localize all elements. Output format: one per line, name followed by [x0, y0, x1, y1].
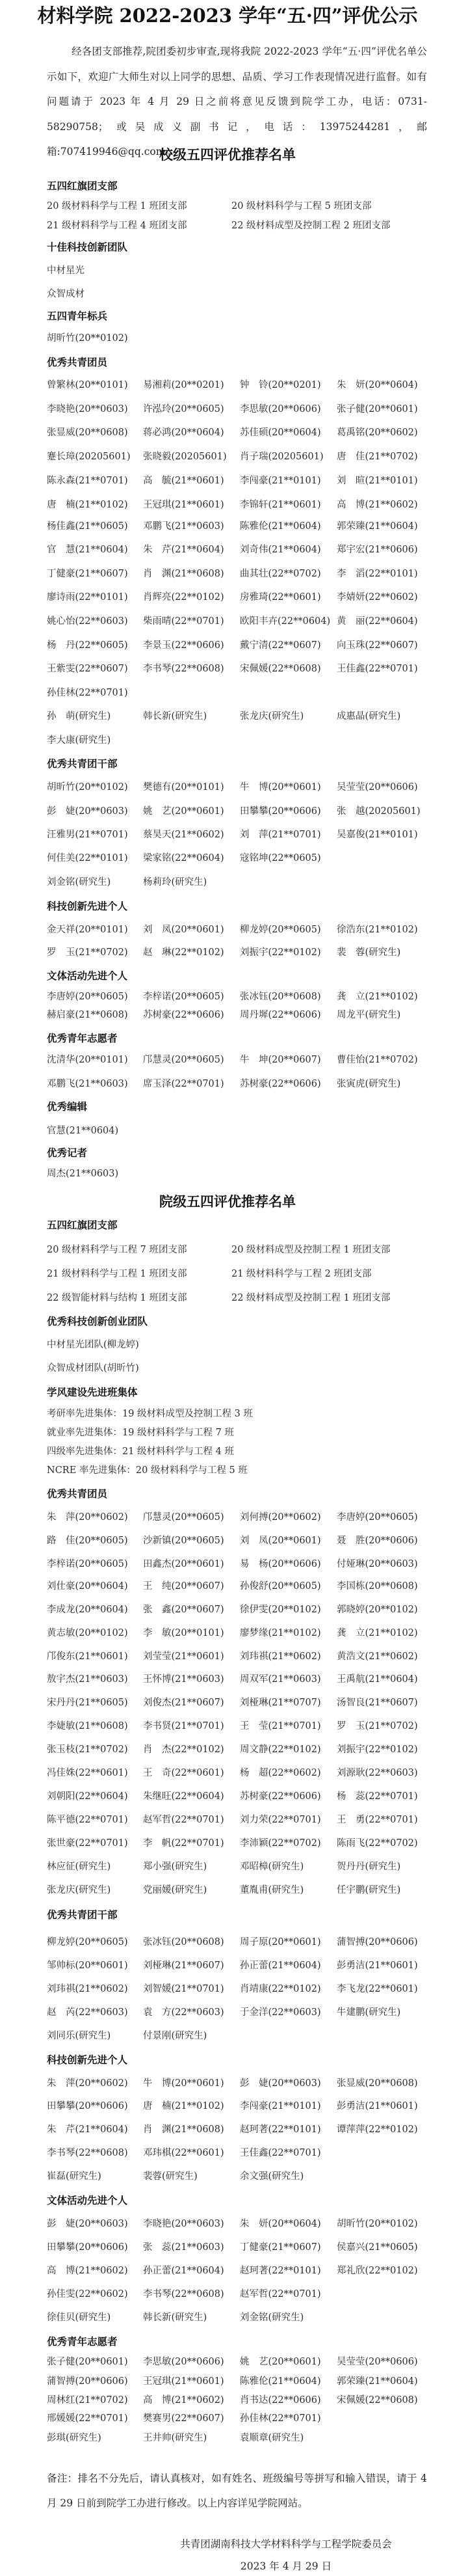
table-row: 罗 玉(21**0702)赵 琳(22**0102)刘振宇(22**0102)裴… [47, 945, 437, 959]
name-cell: 刘 萍(21**0701) [240, 827, 321, 841]
table-row: 蒲智搏(20**0606)王冠琪(21**0601)陈雅伦(21**0604)郭… [47, 2374, 437, 2388]
name-cell: 赵珂著(22**0101) [240, 2122, 321, 2135]
section-title: 优秀共青团干部 [47, 756, 118, 770]
name-cell: 刘玮祺(21**0602) [47, 1981, 128, 1995]
name-cell: 牛 博(20**0601) [240, 780, 321, 793]
name-cell: 宋佩媛(22**0608) [240, 661, 321, 675]
name-cell: 丁健豪(21**0607) [240, 2240, 321, 2253]
name-cell: 许泓玲(20**0605) [143, 401, 224, 415]
name-cell: 肖 杰(22**0102) [143, 1742, 224, 1756]
name-cell: 赵 芮(22**0603) [47, 2005, 128, 2018]
name-cell: 郑宇宏(21**0606) [337, 542, 418, 556]
table-row: 李梓诺(20**0605)田鑫杰(20**0601)易 杨(20**0606)付… [47, 1556, 437, 1571]
name-cell: 丁健豪(21**0607) [47, 566, 128, 580]
table-row: 李成龙(20**0604)张 鑫(20**0607)徐伊雯(20**0102)郭… [47, 1602, 437, 1616]
name-cell: 彭勇洁(21**0601) [337, 1958, 418, 1972]
name-cell: 崔磊(研究生) [47, 2169, 101, 2182]
table-row: 孙佳雯(22**0602)李书琴(22**0608)赵军哲(22**0701) [47, 2286, 437, 2301]
name-cell: 邝慧灵(20**0605) [143, 1510, 224, 1523]
name-cell: 罗 玉(21**0702) [47, 945, 128, 958]
name-cell: 王 奇(22**0601) [143, 1765, 224, 1779]
name-cell: 王井帅(研究生) [143, 2430, 207, 2444]
name-cell: 于金洋(22**0603) [240, 2005, 321, 2018]
table-row: 王紫雯(22**0607)李书琴(22**0608)宋佩媛(22**0608)王… [47, 661, 437, 675]
name-cell: 周文静(22**0102) [240, 1742, 321, 1756]
list-item: 就业率先进集体：19 级材料科学与工程 7 班 [47, 1425, 234, 1439]
section-title: 优秀共青团员 [47, 355, 107, 369]
table-row: 林应征(研究生)郑小强(研究生)邓昭樟(研究生)贺丹丹(研究生) [47, 1859, 437, 1873]
name-cell: 彭 婕(20**0603) [47, 2216, 128, 2230]
name-cell: 彭 婕(20**0603) [240, 2076, 321, 2089]
table-row: 刘金铭(研究生)杨莉玲(研究生) [47, 874, 437, 889]
name-cell: 谭萍萍(22**0102) [337, 2122, 418, 2135]
name-cell: 宋丹丹(21**0605) [47, 1695, 128, 1709]
name-cell: 张显威(20**0608) [337, 2076, 418, 2089]
name-cell: 孙佳雯(22**0602) [47, 2286, 128, 2300]
name-cell: 张玉枝(21**0702) [47, 1742, 128, 1756]
branch-cell: 22 级智能材料与结构 1 班团支部 [47, 1290, 187, 1304]
table-row: 刘玮祺(21**0602)刘智媛(21**0701)肖靖康(22**0102)李… [47, 1981, 437, 1996]
name-cell: 张冰钰(20**0608) [143, 1934, 224, 1948]
name-cell: 彭 婕(20**0603) [47, 804, 128, 817]
table-row: 周林红(21**0702)高 博(21**0602)肖书达(22**0606)宋… [47, 2393, 437, 2407]
table-row: 朱 芹(21**0604)肖 渊(21**0608)赵珂著(22**0101)谭… [47, 2122, 437, 2136]
name-cell: 邓玮棋(22**0601) [143, 2145, 224, 2159]
name-cell: 周子原(20**0601) [240, 1934, 321, 1948]
table-row: 徐佳贝(研究生)韩长新(研究生)刘金铭(研究生) [47, 2310, 437, 2324]
name-cell: 田鑫杰(20**0601) [143, 1556, 224, 1570]
name-cell: 吴莹莹(20**0606) [337, 2354, 418, 2368]
name-cell: 彭勇洁(21**0601) [337, 2098, 418, 2112]
section-title: 优秀共青团员 [47, 1486, 107, 1500]
list-item: 众智成材团队(胡昕竹) [47, 1361, 139, 1374]
name-cell: 刘玮祺(21**0602) [240, 1649, 321, 1662]
name-cell: 李 敏(20**0101) [143, 1625, 224, 1639]
name-cell: 张晓毅(20205601) [143, 449, 227, 463]
name-cell: 蔡昊天(21**0602) [143, 827, 224, 841]
table-row: 邓鹏飞(21**0603)席玉泽(22**0701)苏树豪(22**0606)张… [47, 1076, 437, 1091]
name-cell: 郭晓婷(20**0102) [337, 1602, 418, 1616]
name-cell: 敖宇杰(21**0603) [47, 1672, 128, 1685]
name-cell: 陈雨飞(22**0702) [337, 1836, 418, 1849]
name-cell: 罗 玉(21**0702) [337, 1718, 418, 1732]
branch-cell: 21 级材料科学与工程 4 班团支部 [47, 218, 187, 232]
table-row: 20 级材料科学与工程 7 班团支部20 级材料成型及控制工程 1 班团支部 [47, 1242, 437, 1256]
name-cell: 黄志敏(20**0102) [47, 1625, 128, 1639]
name-cell: 何佳美(22**0101) [47, 850, 128, 864]
name-cell: 杨 丹(22**0605) [47, 638, 128, 651]
name-cell: 孙 萌(研究生) [47, 709, 110, 722]
section-title: 优秀青年志愿者 [47, 2334, 118, 2348]
name-cell: 朱继旺(22**0604) [143, 1789, 224, 1802]
name-cell: 廖梦缘(21**0102) [240, 1625, 321, 1639]
name-cell: 高 博(21**0602) [47, 2263, 128, 2277]
name-cell: 贺丹丹(研究生) [337, 1859, 400, 1873]
table-row: 赫启豪(21**0608)苏树豪(22**0606)周丹墀(22**0606)周… [47, 1007, 437, 1022]
name-cell: 郭荣臻(21**0604) [337, 2374, 418, 2387]
name-cell: 董胤甫(研究生) [240, 1882, 304, 1896]
name-cell: 蒲智搏(20**0606) [337, 1934, 418, 1948]
name-cell: 李书琴(22**0608) [143, 2286, 224, 2300]
section-title: 优秀编辑 [47, 1099, 87, 1113]
table-row: 陈永森(21**0701)高 毓(21**0601)李闯豪(21**0101)刘… [47, 473, 437, 487]
name-cell: 郑小强(研究生) [143, 1859, 207, 1873]
name-cell: 聂 胜(20**0606) [337, 1533, 418, 1547]
table-row: 朱 萍(20**0602)牛 博(20**0601)彭 婕(20**0603)张… [47, 2076, 437, 2090]
name-cell: 王紫雯(22**0607) [47, 661, 128, 675]
table-row: 姚心怡(22**0603)柴雨晴(22**0701)欧阳丰卉(22**0604)… [47, 614, 437, 628]
name-cell: 向玉珠(22**0607) [337, 638, 418, 651]
name-cell: 邝俊东(21**0601) [47, 1649, 128, 1662]
list-item: 中材星光团队(柳龙婷) [47, 1337, 139, 1351]
section-title: 十佳科技创新团队 [47, 239, 127, 254]
name-cell: 姚 艺(20**0601) [240, 2354, 321, 2368]
table-row: 邹帅标(20**0601)刘桠琳(21**0607)孙正蕾(21**0604)彭… [47, 1958, 437, 1972]
table-row: 黄志敏(20**0102)李 敏(20**0101)廖梦缘(21**0102)龚… [47, 1625, 437, 1640]
name-cell: 袁 方(22**0603) [143, 2005, 224, 2018]
table-row: 敖宇杰(21**0603)王怀博(21**0603)周双军(21**0603)王… [47, 1672, 437, 1686]
name-cell: 邓鹏飞(21**0603) [47, 1076, 128, 1090]
college-list-heading: 院级五四评优推荐名单 [0, 1191, 455, 1211]
name-cell: 朱 芹(21**0604) [143, 542, 224, 556]
name-cell: 高 博(21**0602) [143, 2393, 224, 2406]
name-cell: 沈清华(20**0101) [47, 1052, 128, 1066]
table-row: 官 慧(21**0604)朱 芹(21**0604)刘奇伟(21**0604)郑… [47, 542, 437, 556]
name-cell: 樊赛男(22**0607) [143, 2411, 224, 2424]
name-cell: 官 慧(21**0604) [47, 542, 128, 556]
name-cell: 周龙平(研究生) [337, 1007, 400, 1021]
name-cell: 曾繁林(20**0101) [47, 377, 128, 391]
section-title: 优秀青年志愿者 [47, 1031, 118, 1045]
name-cell: 易 杨(20**0606) [240, 1556, 321, 1570]
name-cell: 李书琴(22**0608) [47, 2145, 128, 2159]
name-cell: 陈永森(21**0701) [47, 473, 128, 487]
name-cell: 张冰钰(20**0608) [240, 989, 321, 1003]
name-cell: 赵军哲(22**0701) [143, 1812, 224, 1826]
name-cell: 刘力荣(22**0701) [240, 1812, 321, 1826]
name-cell: 裴 蓉(研究生) [337, 945, 400, 958]
name-cell: 周丹墀(22**0606) [240, 1007, 321, 1021]
name-cell: 唐 楠(21**0102) [47, 497, 128, 511]
name-cell: 李思敏(20**0606) [143, 2354, 224, 2368]
table-row: 孙佳林(22**0701) [47, 685, 437, 699]
name-cell: 王 莹(21**0701) [240, 1718, 321, 1732]
name-cell: 刘智媛(21**0701) [143, 1981, 224, 1995]
section-title: 优秀共青团干部 [47, 1907, 118, 1921]
name-cell: 裴蓉(研究生) [143, 2169, 198, 2182]
name-cell: 肖 渊(21**0608) [143, 2122, 224, 2135]
name-cell: 李唐婷(20**0605) [47, 989, 128, 1003]
name-cell: 杨 超(22**0602) [240, 1765, 321, 1779]
name-cell: 张寅虎(研究生) [337, 1076, 400, 1090]
name-cell: 刘朝阳(22**0604) [47, 1789, 128, 1802]
table-row: 刘仕豪(20**0604)王 纯(20**0607)孙俊舒(20**0605)李… [47, 1579, 437, 1593]
branch-cell: 22 级材料成型及控制工程 1 班团支部 [231, 1290, 391, 1304]
list-item: 四级率先进集体：21 级材料科学与工程 4 班 [47, 1444, 234, 1457]
name-cell: 王佳鑫(22**0701) [240, 2145, 321, 2159]
name-cell: 张子健(20**0601) [337, 401, 418, 415]
name-cell: 王冠琪(21**0601) [143, 497, 224, 511]
name-cell: 张显威(20**0608) [47, 425, 128, 439]
intro-text: 经各团支部推荐,院团委初步审查,现将我院 2022-2023 学年“五·四”评优… [47, 46, 427, 157]
name-cell: 徐佳贝(研究生) [47, 2310, 110, 2324]
name-cell: 田攀攀(20**0606) [47, 2098, 128, 2112]
name-cell: 刘振宇(22**0102) [240, 945, 321, 958]
name-cell: 苏佳硕(20**0604) [240, 425, 321, 439]
name-cell: 李思敏(20**0606) [240, 401, 321, 415]
name-cell: 姚心怡(22**0603) [47, 614, 128, 627]
list-item: 众智成材 [47, 286, 84, 300]
name-cell: 赵 琳(22**0102) [143, 945, 224, 958]
name-cell: 刘源耿(22**0603) [337, 1765, 418, 1779]
name-cell: 龚 立(21**0102) [337, 989, 418, 1003]
name-cell: 唐 佳(21**0702) [337, 449, 418, 463]
name-cell: 廖诗雨(22**0101) [47, 590, 128, 603]
table-row: 张显威(20**0608)蒋必鸿(20**0604)苏佳硕(20**0604)葛… [47, 425, 437, 439]
name-cell: 李晓艳(20**0603) [143, 2216, 224, 2230]
name-cell: 韩长新(研究生) [143, 2310, 207, 2324]
name-cell: 李闯豪(21**0101) [240, 473, 321, 487]
table-row: 廖诗雨(22**0101)肖辉亮(22**0102)房雅琦(22**0601)李… [47, 590, 437, 604]
name-cell: 李梓诺(20**0605) [47, 1556, 128, 1570]
name-cell: 李飞龙(22**0601) [337, 1981, 418, 1995]
name-cell: 党丽媛(研究生) [143, 1882, 207, 1896]
name-cell: 田攀攀(20**0606) [240, 804, 321, 817]
name-cell: 张龙庆(研究生) [47, 1882, 110, 1896]
name-cell: 牛建鹏(研究生) [337, 2005, 400, 2018]
branch-cell: 20 级材料科学与工程 7 班团支部 [47, 1242, 187, 1256]
name-cell: 杨佳鑫(21**0605) [47, 519, 128, 532]
table-row: 赵 芮(22**0603)袁 方(22**0603)于金洋(22**0603)牛… [47, 2005, 437, 2019]
section-title: 优秀记者 [47, 1145, 87, 1159]
table-row: 朱 萍(20**0602)邝慧灵(20**0605)刘何搏(20**0602)李… [47, 1510, 437, 1524]
table-row: 李婕敏(21**0608)李书贤(21**0701)王 莹(21**0701)罗… [47, 1718, 437, 1733]
name-cell: 赵军哲(22**0701) [240, 2286, 321, 2300]
name-cell: 高 毓(21**0601) [143, 473, 224, 487]
name-cell: 郭荣臻(21**0604) [337, 519, 418, 532]
name-cell: 蹇长璋(20205601) [47, 449, 131, 463]
table-row: 宋丹丹(21**0605)刘俊杰(21**0607)刘桠琳(21**0707)汤… [47, 1695, 437, 1709]
name-cell: 李大康(研究生) [47, 733, 110, 746]
name-cell: 陈雅伦(21**0604) [240, 519, 321, 532]
name-cell: 刘莹莹(21**0601) [143, 1649, 224, 1662]
name-cell: 唐 楠(21**0102) [143, 2098, 224, 2112]
table-row: 杨 丹(22**0605)李景玉(22**0606)戴宁清(22**0607)向… [47, 638, 437, 652]
name-cell: 胡昕竹(20**0102) [337, 2216, 418, 2230]
section-title: 文体活动先进个人 [47, 968, 127, 983]
name-cell: 蒋必鸿(20**0604) [143, 425, 224, 439]
table-row: 崔磊(研究生)裴蓉(研究生)余文强(研究生) [47, 2169, 437, 2183]
name-cell: 曲其壮(22**0702) [240, 566, 321, 580]
name-cell: 刘仕豪(20**0604) [47, 1579, 128, 1592]
name-cell: 彭琪(研究生) [47, 2430, 101, 2444]
signature-date: 2023 年 4 月 29 日 [156, 2558, 416, 2573]
name-cell: 高 博(21**0602) [337, 497, 418, 511]
name-cell: 苏树豪(22**0606) [240, 1789, 321, 1802]
table-row: 彭 婕(20**0603)姚 艺(20**0601)田攀攀(20**0606)张… [47, 804, 437, 818]
name-cell: 李婧妍(22**0602) [337, 590, 418, 603]
remark-note: 备注：排名不分先后，请认真核对，如有姓名、班级编号等拼写和输入错误，请于 4 月… [47, 2466, 427, 2515]
name-cell: 宋佩媛(22**0608) [337, 2393, 418, 2406]
section-title: 学风建设先进班集体 [47, 1385, 138, 1399]
name-cell: 李国栋(20**0608) [337, 1579, 418, 1592]
name-cell: 刘 凤(20**0601) [240, 1533, 321, 1547]
name-cell: 房雅琦(22**0601) [240, 590, 321, 603]
list-item: 周杰(21**0603) [47, 1166, 118, 1180]
table-row: 蹇长璋(20205601)张晓毅(20205601)肖子瑞(20205601)唐… [47, 449, 437, 463]
name-cell: 沙新镇(20**0605) [143, 1533, 224, 1547]
name-cell: 刘桠琳(21**0607) [143, 1958, 224, 1972]
table-row: 胡昕竹(20**0102)樊德有(20**0101)牛 博(20**0601)吴… [47, 780, 437, 794]
table-row: 20 级材料科学与工程 1 班团支部20 级材料科学与工程 5 班团支部 [47, 198, 437, 213]
name-cell: 钟 铃(20**0201) [240, 377, 321, 391]
name-cell: 任宇鹏(研究生) [337, 1882, 400, 1896]
name-cell: 龚 立(21**0102) [337, 1625, 418, 1639]
table-row: 李晓艳(20**0603)许泓玲(20**0605)李思敏(20**0606)张… [47, 401, 437, 416]
table-row: 何佳美(22**0101)梁家铭(22**0604)寇铭坤(22**0605) [47, 850, 437, 865]
name-cell: 苏树豪(22**0606) [240, 1076, 321, 1090]
table-row: 沈清华(20**0101)邝慧灵(20**0605)牛 坤(20**0607)曹… [47, 1052, 437, 1066]
branch-cell: 20 级材料科学与工程 1 班团支部 [47, 198, 187, 212]
name-cell: 孙佳林(22**0701) [47, 685, 128, 699]
name-cell: 赵珂著(22**0101) [240, 2263, 321, 2277]
name-cell: 刘金铭(研究生) [240, 2310, 304, 2324]
name-cell: 黄浩文(21**0602) [337, 1649, 418, 1662]
name-cell: 李婕敏(21**0608) [47, 1718, 128, 1732]
name-cell: 吴莹莹(20**0606) [337, 780, 418, 793]
branch-cell: 22 级材料成型及控制工程 2 班团支部 [231, 218, 391, 232]
name-cell: 朱 萍(20**0602) [47, 2076, 128, 2089]
table-row: 汪雅男(21**0701)蔡昊天(21**0602)刘 萍(21**0701)吴… [47, 827, 437, 841]
list-item: 胡昕竹(20**0102) [47, 331, 128, 344]
name-cell: 张世豪(22**0701) [47, 1836, 128, 1849]
page-title: 材料学院 2022-2023 学年“五·四”评优公示 [0, 1, 455, 28]
name-cell: 李唐婷(20**0605) [337, 1510, 418, 1523]
name-cell: 李景玉(22**0606) [143, 638, 224, 651]
name-cell: 张龙庆(研究生) [240, 709, 304, 722]
list-item: 官慧(21**0604) [47, 1123, 118, 1137]
name-cell: 刘俊杰(21**0607) [143, 1695, 224, 1709]
branch-cell: 21 级材料科学与工程 1 班团支部 [47, 1266, 187, 1280]
name-cell: 李成龙(20**0604) [47, 1602, 128, 1616]
name-cell: 朱 萍(20**0602) [47, 1510, 128, 1523]
table-row: 冯佳姝(22**0601)王 奇(22**0601)杨 超(22**0602)刘… [47, 1765, 437, 1780]
section-title: 科技创新先进个人 [47, 2052, 127, 2067]
name-cell: 张 越(20205601) [337, 804, 421, 817]
name-cell: 李锦轩(21**0601) [240, 497, 321, 511]
table-row: 唐 楠(21**0102)王冠琪(21**0601)李锦轩(21**0601)高… [47, 497, 437, 511]
table-row: 张龙庆(研究生)党丽媛(研究生)董胤甫(研究生)任宇鹏(研究生) [47, 1882, 437, 1897]
name-cell: 李沛颖(22**0702) [240, 1836, 321, 1849]
name-cell: 汤智良(21**0607) [337, 1695, 418, 1709]
list-item: 考研率先进集体：19 级材料成型及控制工程 3 班 [47, 1406, 253, 1420]
name-cell: 付景刚(研究生) [143, 2028, 207, 2042]
name-cell: 邝慧灵(20**0605) [143, 1052, 224, 1066]
table-row: 田攀攀(20**0606)张 蕊(21**0603)丁健豪(21**0607)侯… [47, 2240, 437, 2254]
name-cell: 刘桠琳(21**0707) [240, 1695, 321, 1709]
name-cell: 郑礼欣(22**0102) [337, 2263, 418, 2277]
name-cell: 张 蕊(21**0603) [143, 2240, 224, 2253]
name-cell: 李晓艳(20**0603) [47, 401, 128, 415]
section-title: 五四红旗团支部 [47, 1217, 118, 1232]
section-title: 五四红旗团支部 [47, 178, 118, 193]
name-cell: 牛 坤(20**0607) [240, 1052, 321, 1066]
table-row: 高 博(21**0602)孙正蕾(21**0604)赵珂著(22**0101)郑… [47, 2263, 437, 2277]
table-row: 李唐婷(20**0605)李梓诺(20**0605)张冰钰(20**0608)龚… [47, 989, 437, 1003]
name-cell: 刘奇伟(21**0604) [240, 542, 321, 556]
name-cell: 柳龙婷(20**0605) [240, 922, 321, 936]
branch-cell: 20 级材料科学与工程 5 班团支部 [231, 198, 372, 212]
name-cell: 李 帆(22**0701) [143, 1836, 224, 1849]
name-cell: 邹帅标(20**0601) [47, 1958, 128, 1972]
name-cell: 袁顺章(研究生) [240, 2430, 304, 2444]
name-cell: 朱 妍(20**0604) [240, 2216, 321, 2230]
table-row: 曾繁林(20**0101)易湘莉(20**0201)钟 铃(20**0201)朱… [47, 377, 437, 392]
name-cell: 徐浩东(21**0102) [337, 922, 418, 936]
name-cell: 侯嘉兴(21**0605) [337, 2240, 418, 2253]
name-cell: 刘 暄(21**0101) [337, 473, 418, 487]
table-row: 金天祥(20**0101)刘 凤(20**0601)柳龙婷(20**0605)徐… [47, 922, 437, 936]
name-cell: 付娅琳(20**0603) [337, 1556, 418, 1570]
name-cell: 陈雅伦(21**0604) [240, 2374, 321, 2387]
name-cell: 蒲智搏(20**0606) [47, 2374, 128, 2387]
name-cell: 王 纯(20**0607) [143, 1579, 224, 1592]
table-row: 李大康(研究生) [47, 733, 437, 747]
table-row: 张玉枝(21**0702)肖 杰(22**0102)周文静(22**0102)刘… [47, 1742, 437, 1756]
name-cell: 刘同乐(研究生) [47, 2028, 110, 2042]
name-cell: 汪雅男(21**0701) [47, 827, 128, 841]
name-cell: 赫启豪(21**0608) [47, 1007, 128, 1021]
name-cell: 苏树豪(22**0606) [143, 1007, 224, 1021]
table-row: 刘同乐(研究生)付景刚(研究生) [47, 2028, 437, 2042]
name-cell: 李书琴(22**0608) [143, 661, 224, 675]
table-row: 路 佳(20**0605)沙新镇(20**0605)刘 凤(20**0601)聂… [47, 1533, 437, 1547]
name-cell: 王 勇(22**0701) [337, 1812, 418, 1826]
table-row: 张子健(20**0601)李思敏(20**0606)姚 艺(20**0601)吴… [47, 2354, 437, 2368]
name-cell: 刘 凤(20**0601) [143, 922, 224, 936]
name-cell: 曹佳怡(21**0702) [337, 1052, 418, 1066]
name-cell: 易湘莉(20**0201) [143, 377, 224, 391]
name-cell: 樊德有(20**0101) [143, 780, 224, 793]
name-cell: 杨莉玲(研究生) [143, 874, 207, 888]
table-row: 邢媛媛(22**0701)樊赛男(22**0607)孙佳林(22**0701) [47, 2411, 437, 2425]
school-list-heading: 校级五四评优推荐名单 [0, 144, 455, 164]
name-cell: 徐伊雯(20**0102) [240, 1602, 321, 1616]
name-cell: 李 滔(22**0101) [337, 566, 418, 580]
table-row: 21 级材料科学与工程 4 班团支部22 级材料成型及控制工程 2 班团支部 [47, 218, 437, 232]
list-item: 中材星光 [47, 263, 84, 277]
table-row: 柳龙婷(20**0605)张冰钰(20**0608)周子原(20**0601)蒲… [47, 1934, 437, 1949]
table-row: 孙 萌(研究生)韩长新(研究生)张龙庆(研究生)成惠晶(研究生) [47, 709, 437, 723]
name-cell: 李梓诺(20**0605) [143, 989, 224, 1003]
table-row: 张世豪(22**0701)李 帆(22**0701)李沛颖(22**0702)陈… [47, 1836, 437, 1850]
name-cell: 刘何搏(20**0602) [240, 1510, 321, 1523]
name-cell: 朱 妍(20**0604) [337, 377, 418, 391]
name-cell: 李书贤(21**0701) [143, 1718, 224, 1732]
name-cell: 孙正蕾(21**0604) [240, 1958, 321, 1972]
name-cell: 冯佳姝(22**0601) [47, 1765, 128, 1779]
name-cell: 黄 丽(22**0604) [337, 614, 418, 627]
name-cell: 肖辉亮(22**0102) [143, 590, 224, 603]
name-cell: 成惠晶(研究生) [337, 709, 400, 722]
name-cell: 邢媛媛(22**0701) [47, 2411, 128, 2424]
section-title: 优秀科技创新创业团队 [47, 1314, 148, 1328]
name-cell: 余文强(研究生) [240, 2169, 304, 2182]
name-cell: 陈平德(22**0701) [47, 1812, 128, 1826]
table-row: 21 级材料科学与工程 1 班团支部21 级材料科学与工程 2 班团支部 [47, 1266, 437, 1281]
name-cell: 王佳鑫(22**0701) [337, 661, 418, 675]
name-cell: 李闯豪(21**0101) [240, 2098, 321, 2112]
